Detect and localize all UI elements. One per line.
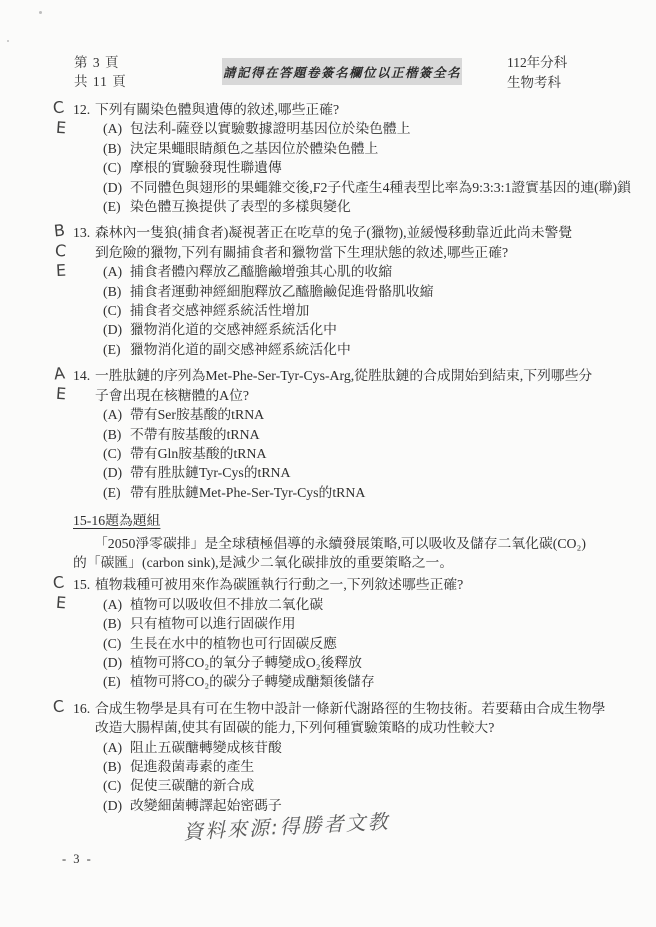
option-row: (C)促使三碳醣的新合成 — [73, 776, 639, 795]
handwritten-answer: C — [52, 696, 65, 717]
stem-line: 一胜肽鏈的序列為Met-Phe-Ser-Tyr-Cys-Arg,從胜肽鏈的合成開… — [95, 366, 639, 385]
option-text: 不帶有胺基酸的tRNA — [130, 425, 639, 444]
option-row: (C)帶有Gln胺基酸的tRNA — [73, 444, 639, 463]
stem-line: 森林內一隻狼(捕食者)凝視著正在吃草的兔子(獵物),並緩慢移動靠近此尚未警覺 — [95, 223, 639, 242]
passage-line: 的「碳匯」(carbon sink),是減少二氧化碳排放的重要策略之一。 — [73, 553, 639, 572]
option-row: (B)促進殺菌毒素的產生 — [73, 757, 639, 776]
option-row: (B)不帶有胺基酸的tRNA — [73, 425, 639, 444]
option-text: 帶有Ser胺基酸的tRNA — [130, 405, 639, 424]
option-row: (C)捕食者交感神經系統活性增加 — [73, 301, 639, 320]
handwritten-answer: A — [53, 364, 66, 385]
exam-title: 112年分科 生物考科 — [507, 53, 567, 93]
stem-line: 改造大腸桿菌,使其有固碳的能力,下列何種實驗策略的成功性較大? — [95, 718, 639, 737]
page-footer: - 3 - — [62, 852, 93, 867]
option-text: 植物可以吸收但不排放二氧化碳 — [130, 595, 639, 614]
question-number: 14. — [73, 366, 95, 405]
option-label: (B) — [103, 757, 130, 776]
option-row: (E)獵物消化道的副交感神經系統活化中 — [73, 340, 639, 359]
option-label: (A) — [103, 119, 130, 138]
handwritten-answer: E — [55, 384, 66, 405]
scan-speck — [39, 11, 42, 14]
question-group-heading: 15-16題為題組 — [73, 511, 639, 530]
option-label: (C) — [103, 634, 130, 653]
option-row: (D)帶有胜肽鏈Tyr-Cys的tRNA — [73, 463, 639, 482]
stem-line: 子會出現在核糖體的A位? — [95, 386, 639, 405]
option-text: 獵物消化道的副交感神經系統活化中 — [130, 340, 639, 359]
page-count-label: 第 3 頁 共 11 頁 — [74, 53, 127, 91]
option-row: (E)染色體互換提供了表型的多樣與變化 — [73, 197, 639, 216]
option-label: (E) — [103, 340, 130, 359]
page-number-line: 第 3 頁 — [74, 53, 127, 72]
option-label: (B) — [103, 139, 130, 158]
handwritten-answers-q14: A E — [49, 364, 69, 404]
exam-body: C E 12. 下列有關染色體與遺傳的敘述,哪些正確? (A)包法利-薩登以實驗… — [73, 100, 639, 822]
stem-line: 下列有關染色體與遺傳的敘述,哪些正確? — [95, 100, 639, 119]
option-label: (C) — [103, 444, 130, 463]
option-text: 植物可將CO₂的氧分子轉變成O₂後釋放 — [130, 653, 639, 672]
option-label: (A) — [103, 405, 130, 424]
option-row: (A)阻止五碳醣轉變成核苷酸 — [73, 738, 639, 757]
question-stem: 13. 森林內一隻狼(捕食者)凝視著正在吃草的兔子(獵物),並緩慢移動靠近此尚未… — [73, 223, 639, 262]
question-14: A E 14. 一胜肽鏈的序列為Met-Phe-Ser-Tyr-Cys-Arg,… — [73, 366, 639, 502]
option-text: 帶有Gln胺基酸的tRNA — [130, 444, 639, 463]
option-row: (D)獵物消化道的交感神經系統活化中 — [73, 320, 639, 339]
option-row: (A)包法利-薩登以實驗數據證明基因位於染色體上 — [73, 119, 639, 138]
question-13: B C E 13. 森林內一隻狼(捕食者)凝視著正在吃草的兔子(獵物),並緩慢移… — [73, 223, 639, 359]
option-label: (E) — [103, 672, 130, 691]
handwritten-answer: C — [55, 241, 68, 262]
question-number: 13. — [73, 223, 95, 262]
option-text: 獵物消化道的交感神經系統活化中 — [130, 320, 639, 339]
option-label: (C) — [103, 776, 130, 795]
option-label: (D) — [103, 320, 130, 339]
option-row: (C)摩根的實驗發現性聯遺傳 — [73, 158, 639, 177]
handwritten-answer: E — [55, 118, 66, 139]
option-text: 捕食者體內釋放乙醯膽鹼增強其心肌的收縮 — [130, 262, 639, 281]
exam-subject-line: 生物考科 — [507, 73, 567, 93]
option-text: 只有植物可以進行固碳作用 — [130, 614, 639, 633]
signature-notice: 請記得在答題卷簽名欄位以正楷簽全名 — [222, 58, 462, 85]
handwritten-answer: C — [52, 97, 65, 118]
option-text: 促進殺菌毒素的產生 — [130, 757, 639, 776]
stem-line: 到危險的獵物,下列有關捕食者和獵物當下生理狀態的敘述,哪些正確? — [95, 243, 639, 262]
question-stem: 16. 合成生物學是具有可在生物中設計一條新代謝路徑的生物技術。若要藉由合成生物… — [73, 699, 639, 738]
question-stem: 12. 下列有關染色體與遺傳的敘述,哪些正確? — [73, 100, 639, 119]
option-label: (D) — [103, 653, 130, 672]
stem-line: 植物栽種可被用來作為碳匯執行行動之一,下列敘述哪些正確? — [95, 575, 639, 594]
handwritten-answers-q13: B C E — [49, 221, 69, 281]
handwritten-answer: B — [52, 221, 65, 242]
option-row: (A)植物可以吸收但不排放二氧化碳 — [73, 595, 639, 614]
option-text: 染色體互換提供了表型的多樣與變化 — [130, 197, 639, 216]
question-number: 15. — [73, 575, 95, 594]
option-label: (D) — [103, 463, 130, 482]
question-12: C E 12. 下列有關染色體與遺傳的敘述,哪些正確? (A)包法利-薩登以實驗… — [73, 100, 639, 216]
option-row: (A)帶有Ser胺基酸的tRNA — [73, 405, 639, 424]
question-15: C E 15. 植物栽種可被用來作為碳匯執行行動之一,下列敘述哪些正確? (A)… — [73, 575, 639, 691]
question-16: C 16. 合成生物學是具有可在生物中設計一條新代謝路徑的生物技術。若要藉由合成… — [73, 699, 639, 815]
option-label: (C) — [103, 158, 130, 177]
option-label: (D) — [103, 178, 130, 197]
page-total-line: 共 11 頁 — [74, 72, 127, 91]
option-text: 捕食者運動神經細胞釋放乙醯膽鹼促進骨骼肌收縮 — [130, 282, 639, 301]
handwritten-answer: E — [55, 261, 66, 282]
option-row: (E)植物可將CO₂的碳分子轉變成醣類後儲存 — [73, 672, 639, 691]
handwritten-answers-q15: C E — [49, 573, 69, 613]
option-label: (A) — [103, 262, 130, 281]
question-stem: 15. 植物栽種可被用來作為碳匯執行行動之一,下列敘述哪些正確? — [73, 575, 639, 594]
question-stem: 14. 一胜肽鏈的序列為Met-Phe-Ser-Tyr-Cys-Arg,從胜肽鏈… — [73, 366, 639, 405]
option-row: (A)捕食者體內釋放乙醯膽鹼增強其心肌的收縮 — [73, 262, 639, 281]
exam-year-line: 112年分科 — [507, 53, 567, 73]
group-passage: 「2050淨零碳排」是全球積極倡導的永續發展策略,可以吸收及儲存二氧化碳(CO₂… — [73, 534, 639, 573]
option-text: 捕食者交感神經系統活性增加 — [130, 301, 639, 320]
signature-notice-text: 請記得在答題卷簽名欄位以正楷簽全名 — [223, 63, 461, 81]
option-label: (C) — [103, 301, 130, 320]
option-text: 帶有胜肽鏈Met-Phe-Ser-Tyr-Cys的tRNA — [130, 483, 639, 502]
option-row: (D)植物可將CO₂的氧分子轉變成O₂後釋放 — [73, 653, 639, 672]
handwritten-answer: C — [52, 573, 65, 594]
option-text: 摩根的實驗發現性聯遺傳 — [130, 158, 639, 177]
option-label: (D) — [103, 796, 130, 815]
passage-line: 「2050淨零碳排」是全球積極倡導的永續發展策略,可以吸收及儲存二氧化碳(CO₂… — [73, 534, 639, 553]
question-number: 12. — [73, 100, 95, 119]
option-text: 植物可將CO₂的碳分子轉變成醣類後儲存 — [130, 672, 639, 691]
option-row: (E)帶有胜肽鏈Met-Phe-Ser-Tyr-Cys的tRNA — [73, 483, 639, 502]
option-row: (D)不同體色與翅形的果蠅雜交後,F2子代產生4種表型比率為9:3:3:1證實基… — [73, 178, 639, 197]
option-text: 不同體色與翅形的果蠅雜交後,F2子代產生4種表型比率為9:3:3:1證實基因的連… — [130, 178, 639, 197]
option-text: 生長在水中的植物也可行固碳反應 — [130, 634, 639, 653]
stem-line: 合成生物學是具有可在生物中設計一條新代謝路徑的生物技術。若要藉由合成生物學 — [95, 699, 639, 718]
option-label: (E) — [103, 483, 130, 502]
option-text: 包法利-薩登以實驗數據證明基因位於染色體上 — [130, 119, 639, 138]
option-text: 帶有胜肽鏈Tyr-Cys的tRNA — [130, 463, 639, 482]
option-label: (B) — [103, 425, 130, 444]
handwritten-answers-q16: C — [49, 697, 69, 717]
question-number: 16. — [73, 699, 95, 738]
option-row: (C)生長在水中的植物也可行固碳反應 — [73, 634, 639, 653]
option-text: 決定果蠅眼睛顏色之基因位於體染色體上 — [130, 139, 639, 158]
option-label: (A) — [103, 595, 130, 614]
handwritten-answer: E — [55, 593, 66, 614]
option-label: (A) — [103, 738, 130, 757]
scan-speck — [7, 40, 9, 42]
option-text: 阻止五碳醣轉變成核苷酸 — [130, 738, 639, 757]
option-row: (B)決定果蠅眼睛顏色之基因位於體染色體上 — [73, 139, 639, 158]
option-label: (B) — [103, 614, 130, 633]
option-row: (B)只有植物可以進行固碳作用 — [73, 614, 639, 633]
option-label: (E) — [103, 197, 130, 216]
handwritten-answers-q12: C E — [49, 98, 69, 138]
option-label: (B) — [103, 282, 130, 301]
option-row: (B)捕食者運動神經細胞釋放乙醯膽鹼促進骨骼肌收縮 — [73, 282, 639, 301]
option-text: 促使三碳醣的新合成 — [130, 776, 639, 795]
